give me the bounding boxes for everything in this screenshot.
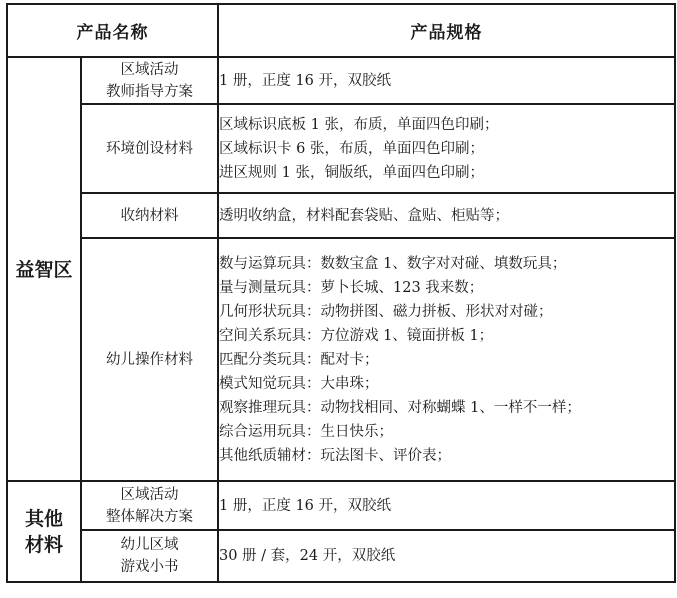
spec-line: 1 册，正度 16 开，双胶纸 [219, 69, 674, 93]
table-row: 环境创设材料 区域标识底板 1 张，布质，单面四色印刷； 区域标识卡 6 张，布… [7, 104, 675, 193]
spec-line: 其他纸质辅材：玩法图卡、评价表； [219, 444, 674, 468]
product-spec-cell: 区域标识底板 1 张，布质，单面四色印刷； 区域标识卡 6 张，布质，单面四色印… [218, 104, 675, 193]
category-cell-yizhiqu: 益智区 [7, 57, 81, 481]
spec-line: 进区规则 1 张，铜版纸，单面四色印刷； [219, 161, 674, 185]
header-product-name: 产品名称 [7, 4, 218, 57]
product-name-line: 游戏小书 [82, 556, 217, 578]
spec-line: 透明收纳盒，材料配套袋贴、盒贴、柜贴等； [219, 204, 674, 228]
spec-line: 1 册，正度 16 开，双胶纸 [219, 494, 674, 518]
spec-line: 30 册 / 套，24 开，双胶纸 [219, 544, 674, 568]
product-name-line: 幼儿区域 [82, 534, 217, 556]
product-name-line: 幼儿操作材料 [82, 349, 217, 371]
spec-line: 区域标识底板 1 张，布质，单面四色印刷； [219, 113, 674, 137]
spec-line: 综合运用玩具：生日快乐； [219, 420, 674, 444]
spec-line: 模式知觉玩具：大串珠； [219, 372, 674, 396]
product-name-cell: 幼儿区域 游戏小书 [81, 530, 218, 582]
product-name-cell: 区域活动 教师指导方案 [81, 57, 218, 104]
product-spec-cell: 1 册，正度 16 开，双胶纸 [218, 57, 675, 104]
product-name-cell: 环境创设材料 [81, 104, 218, 193]
product-name-line: 收纳材料 [82, 205, 217, 227]
product-name-line: 区域活动 [82, 59, 217, 81]
product-name-line: 教师指导方案 [82, 81, 217, 103]
product-spec-cell: 1 册，正度 16 开，双胶纸 [218, 481, 675, 530]
product-spec-table: 产品名称 产品规格 益智区 区域活动 教师指导方案 1 册，正度 16 开，双胶… [6, 3, 676, 583]
spec-line: 匹配分类玩具：配对卡； [219, 348, 674, 372]
product-spec-cell: 30 册 / 套，24 开，双胶纸 [218, 530, 675, 582]
product-name-line: 区域活动 [82, 484, 217, 506]
product-name-cell: 区域活动 整体解决方案 [81, 481, 218, 530]
product-name-line: 整体解决方案 [82, 506, 217, 528]
product-name-cell: 幼儿操作材料 [81, 238, 218, 481]
category-line: 其他 [8, 506, 80, 532]
table-row: 幼儿区域 游戏小书 30 册 / 套，24 开，双胶纸 [7, 530, 675, 582]
spec-line: 观察推理玩具：动物找相同、对称蝴蝶 1、一样不一样； [219, 396, 674, 420]
spec-line: 空间关系玩具：方位游戏 1、镜面拼板 1； [219, 324, 674, 348]
spec-line: 量与测量玩具：萝卜长城、123 我来数； [219, 276, 674, 300]
table-row: 收纳材料 透明收纳盒，材料配套袋贴、盒贴、柜贴等； [7, 193, 675, 238]
category-cell-other-materials: 其他 材料 [7, 481, 81, 582]
product-name-cell: 收纳材料 [81, 193, 218, 238]
spec-line: 数与运算玩具：数数宝盒 1、数字对对碰、填数玩具； [219, 252, 674, 276]
table-row: 其他 材料 区域活动 整体解决方案 1 册，正度 16 开，双胶纸 [7, 481, 675, 530]
category-line: 材料 [8, 532, 80, 558]
spec-line: 几何形状玩具：动物拼图、磁力拼板、形状对对碰； [219, 300, 674, 324]
header-product-spec: 产品规格 [218, 4, 675, 57]
table-row: 益智区 区域活动 教师指导方案 1 册，正度 16 开，双胶纸 [7, 57, 675, 104]
table-row: 幼儿操作材料 数与运算玩具：数数宝盒 1、数字对对碰、填数玩具； 量与测量玩具：… [7, 238, 675, 481]
product-spec-cell: 数与运算玩具：数数宝盒 1、数字对对碰、填数玩具； 量与测量玩具：萝卜长城、12… [218, 238, 675, 481]
product-spec-cell: 透明收纳盒，材料配套袋贴、盒贴、柜贴等； [218, 193, 675, 238]
header-row: 产品名称 产品规格 [7, 4, 675, 57]
spec-line: 区域标识卡 6 张，布质，单面四色印刷； [219, 137, 674, 161]
product-name-line: 环境创设材料 [82, 138, 217, 160]
